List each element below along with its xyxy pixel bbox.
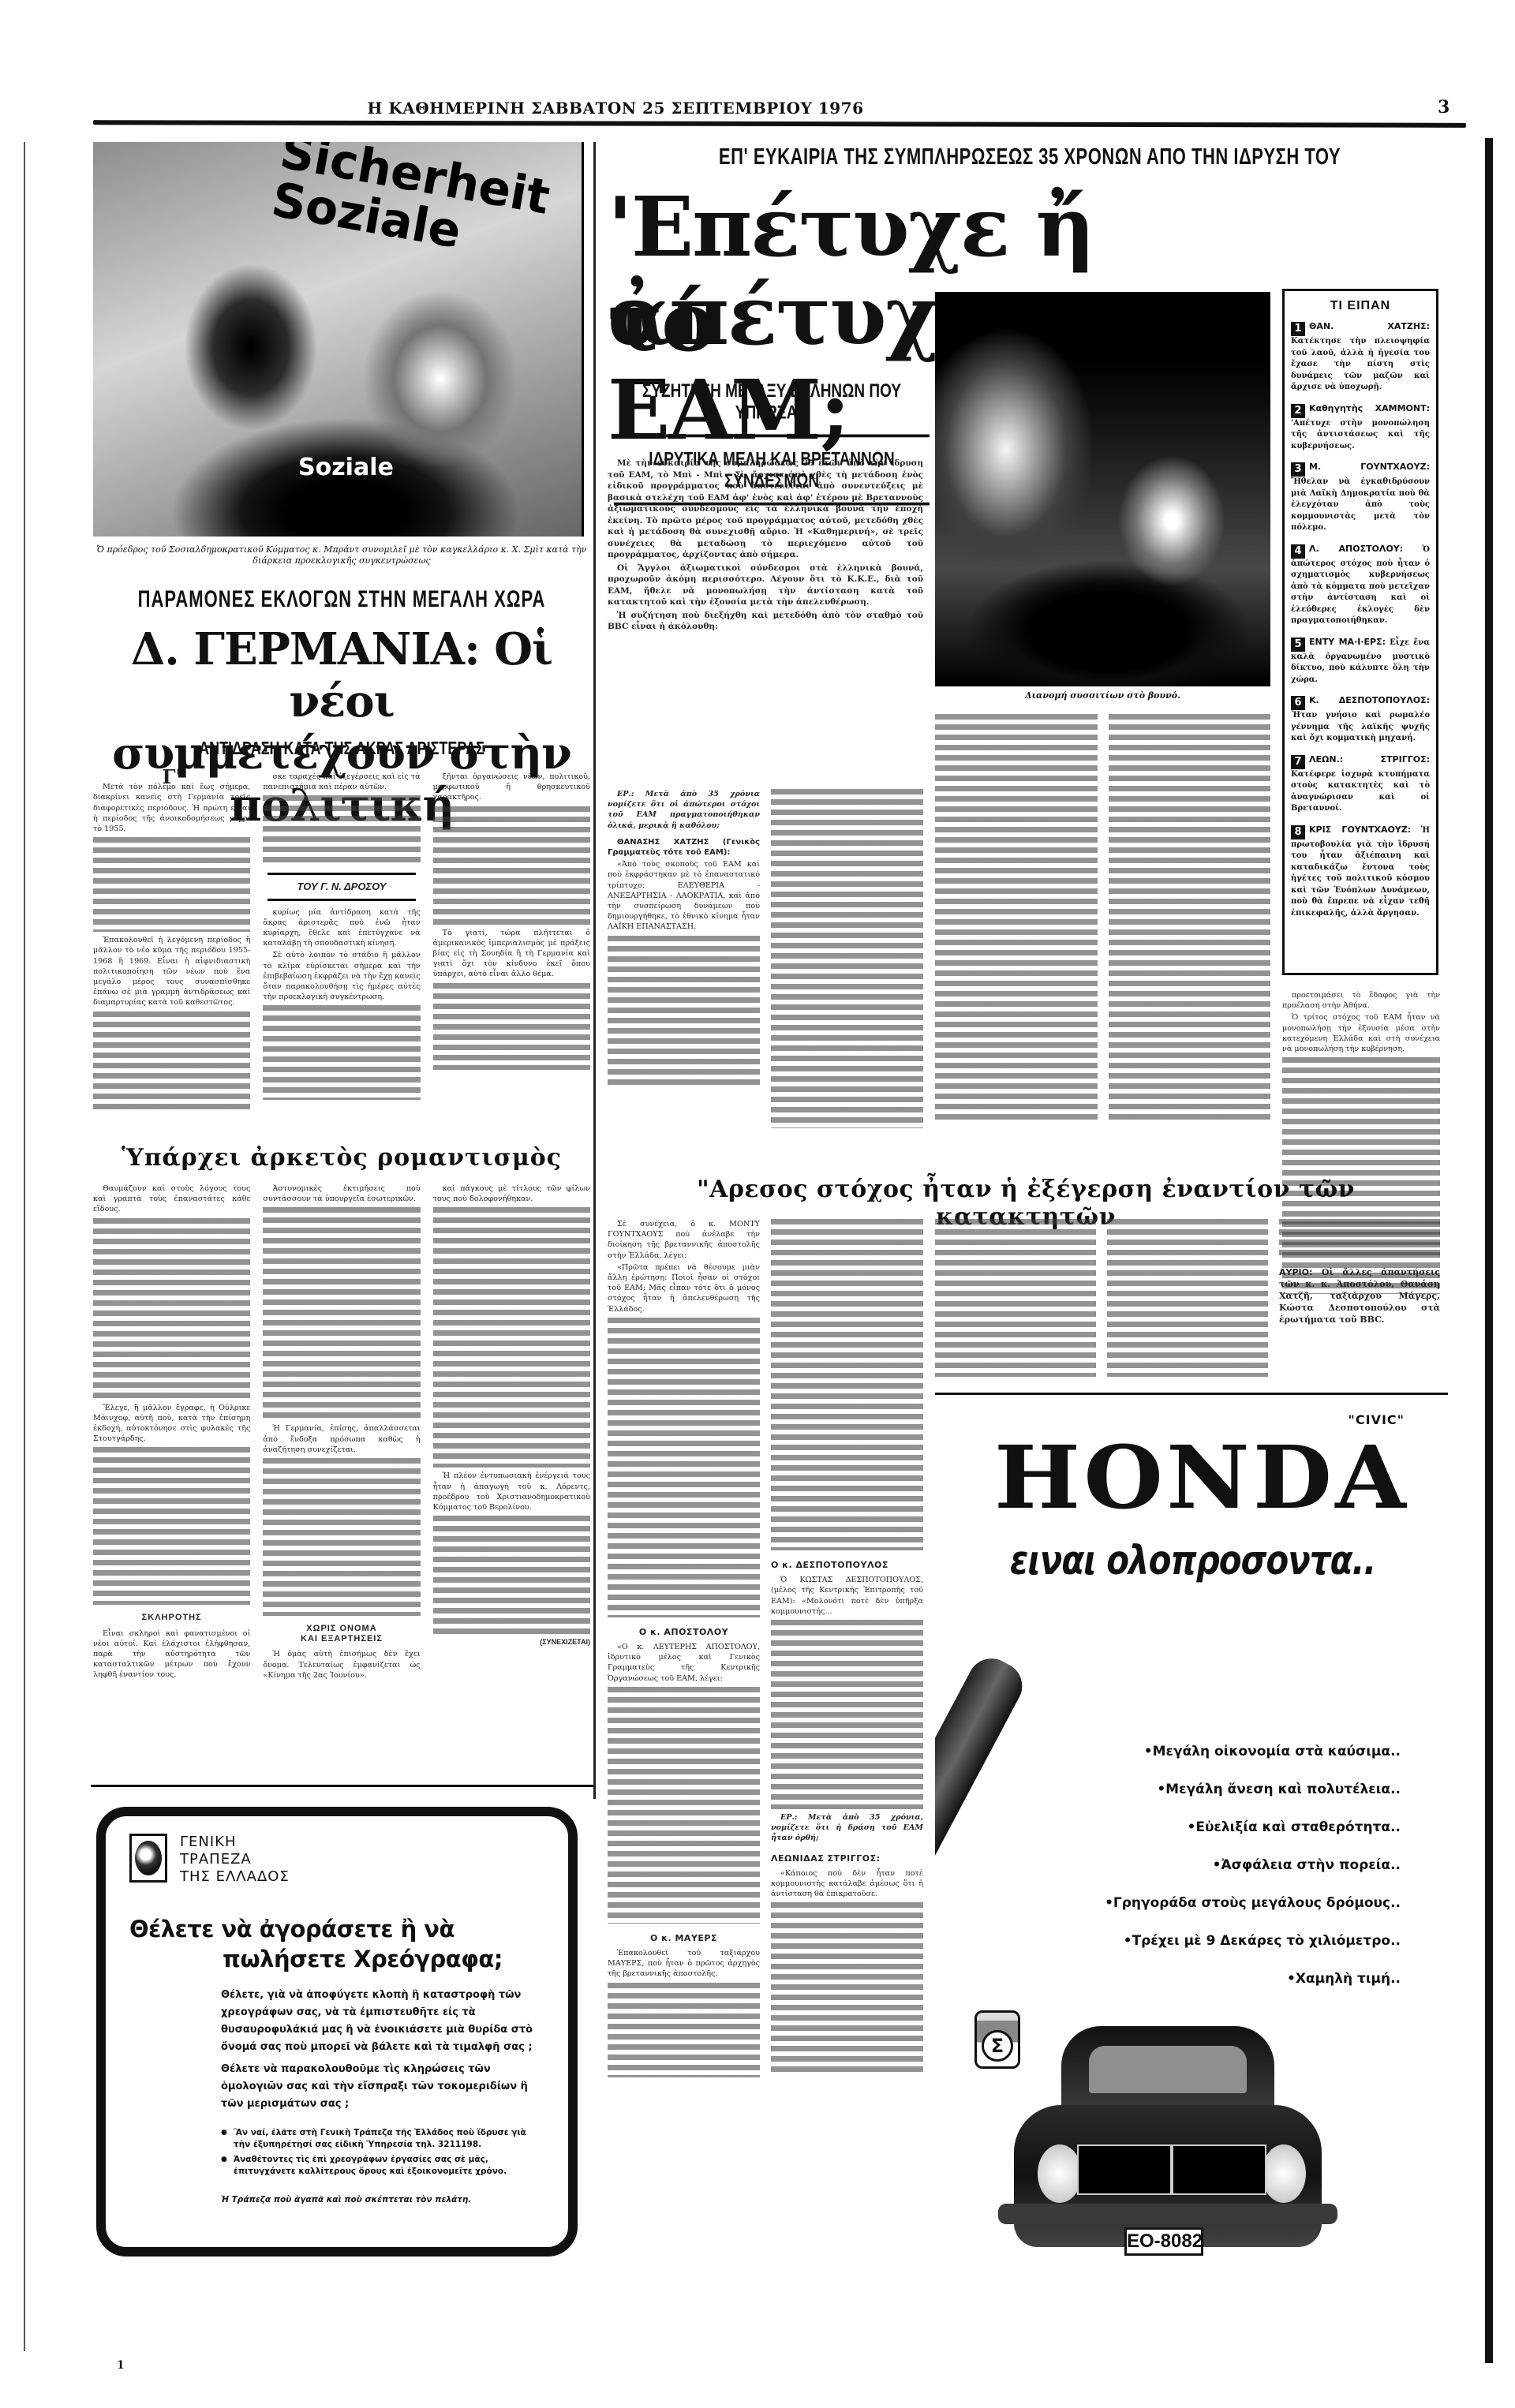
eam-kicker: ΕΠ' ΕΥΚΑΙΡΙΑ ΤΗΣ ΣΥΜΠΛΗΡΩΣΕΩΣ 35 ΧΡΟΝΩΝ … xyxy=(608,144,1452,170)
germany-col-3: ξῆνται ὀργανώσεις νέων, πολιτικοῦ, μορφω… xyxy=(433,772,590,1135)
headlight-icon xyxy=(1038,2144,1082,2203)
quote-item: 1ΘΑΝ. ΧΑΤΖΗΣ: Κατέκτησε τὴν πλειοψηφία τ… xyxy=(1291,321,1430,394)
eam-body-qa: ΕΡ.: Μετὰ ἀπὸ 35 χρόνια νομίζετε ὅτι οἱ … xyxy=(608,789,923,1136)
honda-advertisement: "CIVIC" HONDA ειναι ολοπροσοντα.. •Μεγάλ… xyxy=(935,1393,1448,2268)
romantic-col-1: Θαυμάζουν καὶ στοὺς λόγους τους καὶ γραπ… xyxy=(93,1183,250,1771)
text-filler xyxy=(433,1516,590,1634)
text-filler xyxy=(608,936,760,1086)
page-number: 3 xyxy=(1438,97,1450,118)
license-plate: ΕΟ-8082 xyxy=(1124,2227,1203,2256)
what-they-said-box: ΤΙ ΕΙΠΑΝ 1ΘΑΝ. ΧΑΤΖΗΣ: Κατέκτησε τὴν πλε… xyxy=(1282,289,1438,975)
text-filler xyxy=(433,806,590,925)
text-filler xyxy=(93,1447,250,1605)
romantic-col-2: Ἀστυνομικὲς ἐκτιμήσεις ποὺ συντάσσουν τὰ… xyxy=(263,1183,420,1771)
text-filler xyxy=(771,1902,923,2076)
bank-name: ΓΕΝΙΚΗ ΤΡΑΠΕΖΑ ΤΗΣ ΕΛΛΑΔΟΣ xyxy=(180,1834,290,1886)
text-filler xyxy=(263,795,420,866)
germany-col-1: Γ' Μετὰ τὸν πόλεμο καὶ ἕως σήμερα, διακρ… xyxy=(93,772,250,1135)
text-filler xyxy=(935,714,1098,1124)
bank-headline: Θέλετε νὰ ἀγοράσετε ἢ νὰ πωλήσετε Χρεόγρ… xyxy=(129,1914,544,1974)
feature-item: •Ἀσφάλεια στὴν πορεία.. xyxy=(1069,1856,1401,1875)
quote-item: 8ΚΡΙΣ ΓΟΥΝΤΧΑΟΥΖ: Ἡ πρωτοβουλία γιὰ τὴν … xyxy=(1291,824,1430,920)
text-filler xyxy=(608,1318,760,1617)
eam-body-lower-left: Σὲ συνέχεια, ὁ κ. ΜΟΝΤΥ ΓΟΥΝΤΧΑΟΥΣ ποὺ ἀ… xyxy=(608,1219,923,2268)
honda-logo: HONDA xyxy=(994,1434,1409,1521)
section-title: Ο κ. ΔΕΣΠΟΤΟΠΟΥΛΟΣ xyxy=(771,1560,923,1570)
eam-intro: Μὲ τὴν εὐκαιρία τῆς συμπληρώσεως 35 ἐτῶν… xyxy=(608,458,923,757)
text-filler xyxy=(433,1207,590,1468)
masthead-dateline: Η ΚΑΘΗΜΕΡΙΝΗ ΣΑΒΒΑΤΟΝ 25 ΣΕΠΤΕΜΒΡΙΟΥ 197… xyxy=(260,99,971,118)
page-left-edge xyxy=(24,142,25,2351)
bank-bullets: Ἂν ναί, ἐλᾶτε στὴ Γενικὴ Τράπεζα τῆς Ἑλλ… xyxy=(129,2127,544,2178)
germany-subheadline: ΑΝΤΙΔΡΑΣΗ ΚΑΤΑ ΤΗΣ ΑΚΡΑΣ ΑΡΙΣΤΕΡΑΣ xyxy=(93,738,590,759)
section-rule xyxy=(91,1785,596,1787)
text-filler xyxy=(608,1687,760,1924)
masthead-rule xyxy=(93,120,1466,128)
pen-illustration-icon xyxy=(935,1651,1031,1941)
feature-item: •Χαμηλὴ τιμή.. xyxy=(1069,1969,1401,1988)
speaker-name: ΘΑΝΑΣΗΣ ΧΑΤΖΗΣ (Γενικὸς Γραμματεὺς τότε … xyxy=(608,838,760,857)
box-title: ΤΙ ΕΙΠΑΝ xyxy=(1291,299,1430,313)
section-heading-romanticism: Ὑπάρχει ἀρκετὸς ρομαντισμὸς xyxy=(93,1144,590,1172)
romantic-col-3: καὶ πάγκους μὲ τίτλους τῶν φίλων τους πο… xyxy=(433,1183,590,1771)
quote-item: 6Κ. ΔΕΣΠΟΤΟΠΟΥΛΟΣ: Ἦταν γνήσιο καὶ ρωμαλ… xyxy=(1291,695,1430,745)
section-title: ΛΕΩΝΙΔΑΣ ΣΤΡΙΓΓΟΣ: xyxy=(771,1853,923,1864)
text-filler xyxy=(263,1458,420,1616)
column-divider xyxy=(593,142,596,1799)
germany-photo: Sicherheit Soziale Soziale xyxy=(93,142,584,537)
bullet-item: Ἂν ναί, ἐλᾶτε στὴ Γενικὴ Τράπεζα τῆς Ἑλλ… xyxy=(221,2127,544,2151)
poster-text-lower: Soziale xyxy=(298,454,394,481)
text-filler xyxy=(1107,1219,1268,1377)
section-title: Ο κ. ΜΑΥΕΡΣ xyxy=(608,1933,760,1943)
romanticism-section-body: Θαυμάζουν καὶ στοὺς λόγους τους καὶ γραπ… xyxy=(93,1183,590,1771)
text-filler xyxy=(1279,1219,1440,1258)
germany-col-2: σκε ταραχὲς καὶ ἐξεγέρσεις καὶ εἰς τὰ πα… xyxy=(263,772,420,1135)
text-filler xyxy=(93,837,250,932)
question: ΕΡ.: Μετὰ ἀπὸ 35 χρόνια νομίζετε ὅτι οἱ … xyxy=(608,789,760,831)
eam-photo xyxy=(935,292,1270,686)
feature-item: •Τρέχει μὲ 9 Δεκάρες τὸ χιλιόμετρο.. xyxy=(1069,1931,1401,1950)
text-filler xyxy=(433,983,590,1070)
text-filler xyxy=(771,1620,923,1809)
bank-body: Θέλετε, γιὰ νὰ ἀποφύγετε κλοπὴ ἢ καταστρ… xyxy=(129,1987,544,2113)
question: ΕΡ.: Μετὰ ἀπὸ 35 χρόνια, νομίζετε ὅτι ἡ … xyxy=(771,1812,923,1844)
quote-item: 7ΛΕΩΝ.: ΣΤΡΙΓΓΟΣ: Κατέφερε ἰσχυρὰ κτυπήμ… xyxy=(1291,754,1430,815)
tomorrow-note: ΑΥΡΙΟ: Οἱ ἄλλες ἀπαντήσεις τῶν κ. κ. Ἀπο… xyxy=(1279,1266,1440,1326)
quote-item: 2Καθηγητὴς ΧΑΜΜΟΝΤ: 'Απέτυχε στὴν μονοπώ… xyxy=(1291,403,1430,453)
honda-slogan: ειναι ολοπροσοντα.. xyxy=(1010,1537,1375,1584)
continued-label: (ΣΥΝΕΧΙΖΕΤΑΙ) xyxy=(433,1637,590,1647)
page-right-edge xyxy=(1485,138,1493,2363)
feature-item: •Εὐελιξία καὶ σταθερότητα.. xyxy=(1069,1818,1401,1837)
text-filler xyxy=(263,1005,420,1100)
germany-article-body: Γ' Μετὰ τὸν πόλεμο καὶ ἕως σήμερα, διακρ… xyxy=(93,772,590,1135)
feature-item: •Μεγάλη οἰκονομία στὰ καύσιμα.. xyxy=(1069,1742,1401,1761)
honda-features: •Μεγάλη οἰκονομία στὰ καύσιμα.. •Μεγάλη … xyxy=(1069,1742,1401,2007)
feature-item: •Μεγάλη ἄνεση καὶ πολυτέλεια.. xyxy=(1069,1780,1401,1799)
subsection-heading: ΣΚΛΗΡΟΤΗΣ xyxy=(93,1613,250,1623)
poster-text: Sicherheit Soziale xyxy=(268,142,553,271)
feature-item: •Γρηγοράδα στοὺς μεγάλους δρόμους.. xyxy=(1069,1894,1401,1913)
footer-mark: 1 xyxy=(117,2359,125,2372)
text-filler xyxy=(608,1983,760,2077)
quote-item: 4Λ. ΑΠΟΣΤΟΛΟΥ: Ὁ ἀπώτερος στόχος ποὺ ἦτα… xyxy=(1291,544,1430,627)
text-filler xyxy=(263,1207,420,1420)
text-filler xyxy=(771,1219,923,1550)
quote-item: 3Μ. ΓΟΥΝΤΧΑΟΥΖ: Ἤθελαν νὰ ἐγκαθιδρύσουν … xyxy=(1291,462,1430,534)
subsection-heading: ΧΩΡΙΣ ΟΝΟΜΑ ΚΑΙ ΕΞΑΡΤΗΣΕΙΣ xyxy=(263,1624,420,1644)
bank-logo: ΓΕΝΙΚΗ ΤΡΑΠΕΖΑ ΤΗΣ ΕΛΛΑΔΟΣ xyxy=(129,1834,544,1886)
germany-photo-caption: Ὁ πρόεδρος τοῦ Σοσιαλδημοκρατικοῦ Κόμματ… xyxy=(93,544,590,566)
bullet-item: Ἀναθέτοντες τὶς ἐπὶ χρεογράφων ἐργασίες … xyxy=(221,2154,544,2178)
byline: ΤΟΥ Γ. Ν. ΔΡΟΣΟΥ xyxy=(267,873,415,900)
text-filler xyxy=(1109,714,1271,1124)
coin-head-icon xyxy=(129,1834,167,1883)
germany-kicker: ΠΑΡΑΜΟΝΕΣ ΕΚΛΟΓΩΝ ΣΤΗΝ ΜΕΓΑΛΗ ΧΩΡΑ xyxy=(93,585,590,613)
dropcap: Γ' xyxy=(93,772,250,782)
honda-model: "CIVIC" xyxy=(1349,1412,1405,1427)
headlight-icon xyxy=(1262,2144,1306,2203)
text-filler xyxy=(935,1219,1096,1377)
text-filler xyxy=(93,1011,250,1114)
eam-body-lower-right: ΑΥΡΙΟ: Οἱ ἄλλες ἀπαντήσεις τῶν κ. κ. Ἀπο… xyxy=(935,1219,1440,1389)
bank-advertisement: ΓΕΝΙΚΗ ΤΡΑΠΕΖΑ ΤΗΣ ΕΛΛΑΔΟΣ Θέλετε νὰ ἀγο… xyxy=(96,1807,578,2257)
car-illustration: ΕΟ-8082 xyxy=(998,2026,1337,2263)
text-filler xyxy=(771,789,923,1128)
eam-body-upper-right xyxy=(935,714,1270,1144)
bank-tagline: Ἡ Τράπεζα ποὺ ἀγαπᾶ καὶ ποὺ σκέπτεται τὸ… xyxy=(129,2195,544,2204)
text-filler xyxy=(93,1218,250,1400)
section-title: Ο κ. ΑΠΟΣΤΟΛΟΥ xyxy=(608,1627,760,1637)
quote-item: 5ΕΝΤΥ ΜΑ·Ι·ΕΡΣ: Εἶχε ἕνα καλὰ ὀργανωμένο… xyxy=(1291,637,1430,686)
eam-photo-caption: Διανομή συσσιτίων στὸ βουνό. xyxy=(935,690,1270,701)
